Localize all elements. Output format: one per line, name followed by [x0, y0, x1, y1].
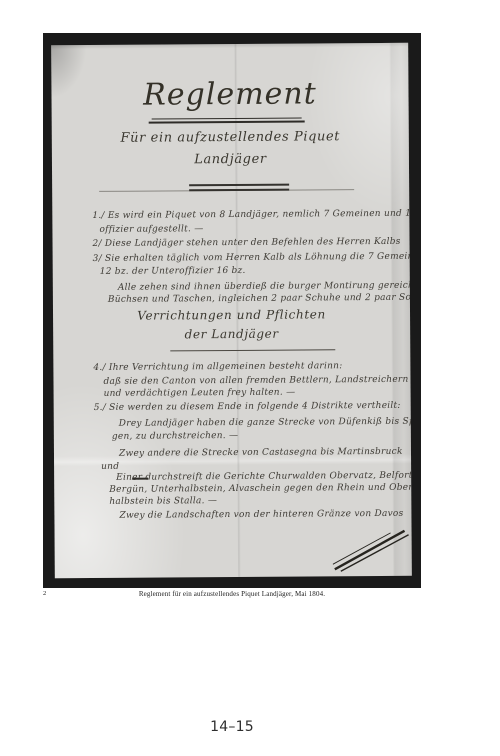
manuscript-rule — [152, 118, 302, 120]
manuscript-line: 4./ Ihre Verrichtung im allgemeinen best… — [93, 361, 342, 374]
manuscript-title: Reglement — [51, 77, 408, 113]
manuscript-line: Alle zehen sind ihnen überdieß die burge… — [118, 280, 412, 293]
flourish-icon — [332, 523, 410, 574]
manuscript-rule — [149, 120, 305, 123]
manuscript-line: und verdächtigen Leuten frey halten. — — [104, 388, 296, 400]
manuscript-subtitle: Für ein aufzustellendes Piquet — [52, 131, 409, 144]
manuscript-rule — [132, 478, 148, 480]
manuscript-line: Zwey die Landschaften von der hinteren G… — [119, 509, 403, 522]
figure-caption: Reglement für ein aufzustellendes Piquet… — [43, 589, 421, 599]
manuscript-line: Einer durchstreift die Gerichte Churwald… — [116, 471, 412, 484]
manuscript-rule — [189, 184, 289, 186]
manuscript-line: Bergün, Unterhalbstein, Alvaschein gegen… — [109, 483, 412, 496]
manuscript-photo-frame: ReglementFür ein aufzustellendes PiquetL… — [43, 33, 421, 588]
manuscript-section-heading: Verrichtungen und Pflichten — [53, 309, 410, 322]
manuscript-line: 1./ Es wird ein Piquet von 8 Landjäger, … — [92, 209, 412, 222]
manuscript-rule — [170, 349, 335, 351]
manuscript-line: 3/ Sie erhalten täglich vom Herren Kalb … — [93, 252, 412, 265]
manuscript-line: offizier aufgestellt. — — [99, 224, 203, 236]
manuscript-paper: ReglementFür ein aufzustellendes PiquetL… — [51, 43, 412, 578]
manuscript-line: daß sie den Canton von allen fremden Bet… — [103, 375, 408, 388]
figure-caption-row: 2 Reglement für ein aufzustellendes Piqu… — [43, 589, 421, 599]
manuscript-line: halbstein bis Stalla. — — [109, 496, 217, 508]
manuscript-line: und — [101, 462, 119, 473]
manuscript-line: 12 bz. der Unteroffizier 16 bz. — [100, 266, 246, 278]
manuscript-line: 2/ Diese Landjäger stehen unter den Befe… — [92, 237, 400, 250]
manuscript-line: Zwey andere die Strecke von Castasegna b… — [119, 447, 403, 460]
manuscript-line: Büchsen und Taschen, ingleichen 2 paar S… — [108, 292, 412, 306]
page-number: 14–15 — [43, 719, 421, 735]
manuscript-section-heading: der Landjäger — [53, 328, 410, 341]
manuscript-line: 5./ Sie werden zu diesem Ende in folgend… — [94, 401, 401, 414]
manuscript-line: gen, zu durchstreichen. — — [112, 431, 238, 443]
manuscript-line: Drey Landjäger haben die ganze Strecke v… — [119, 417, 412, 430]
manuscript-subtitle: Landjäger — [52, 153, 409, 166]
manuscript-rule — [189, 189, 289, 192]
